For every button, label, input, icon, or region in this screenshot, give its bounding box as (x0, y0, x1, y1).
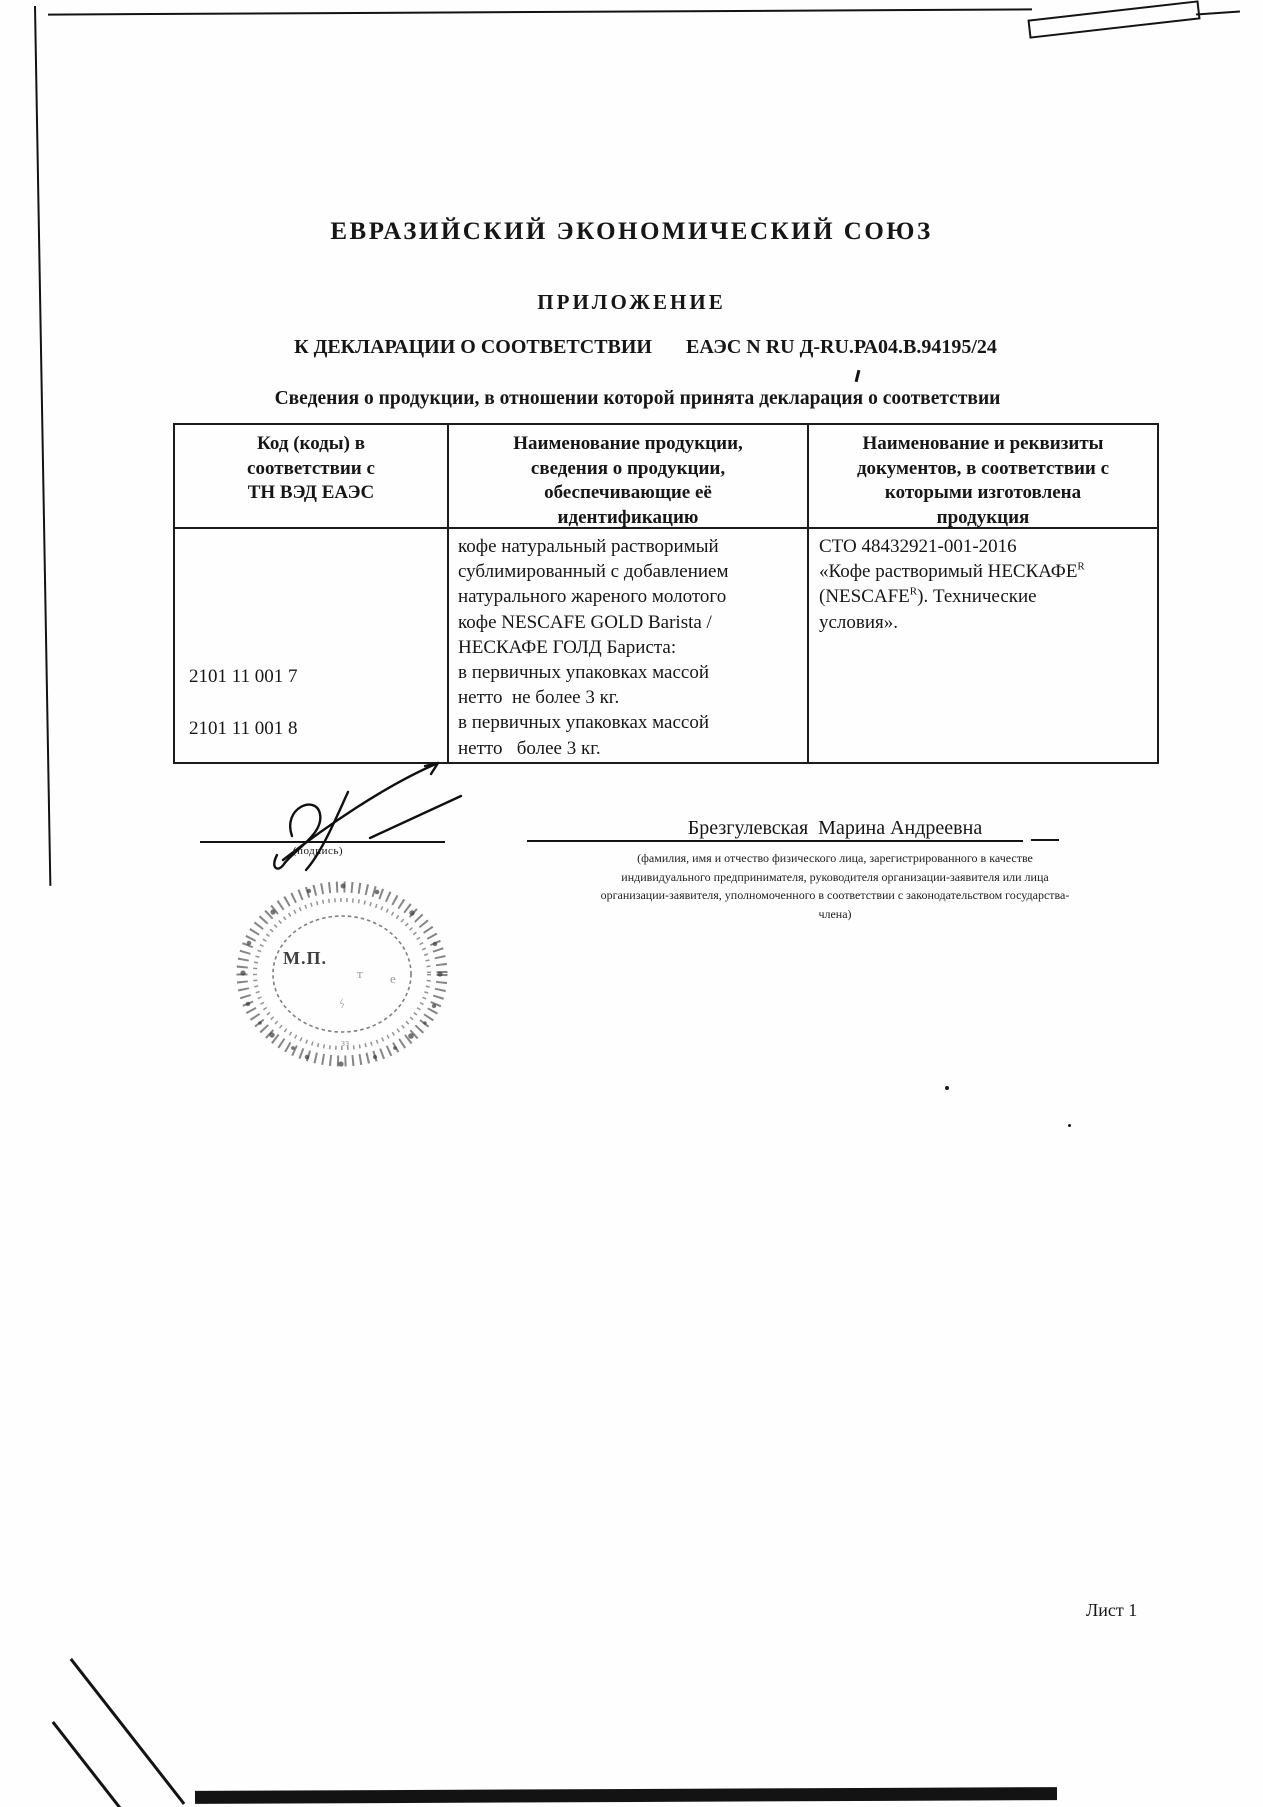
scan-artifact-top-line (48, 8, 1032, 15)
scan-dot (945, 1086, 949, 1090)
stamp-mp-label: М.П. (283, 948, 327, 969)
scan-artifact-top-right-corner (1027, 0, 1200, 38)
appendix-title: ПРИЛОЖЕНИЕ (0, 290, 1263, 315)
docs-line-2: «Кофе растворимый НЕСКАФЕR (819, 559, 1157, 584)
declarant-note: (фамилия, имя и отчество физического лиц… (535, 849, 1135, 923)
products-caption: Сведения о продукции, в отношении которо… (6, 388, 1263, 410)
product-description-cell: кофе натуральный растворимый сублимирова… (449, 529, 807, 762)
tnved-code-1: 2101 11 001 7 (189, 664, 298, 689)
products-table: Код (коды) в соответствии с ТН ВЭД ЕАЭС … (173, 423, 1159, 764)
col-header-code: Код (коды) в соответствии с ТН ВЭД ЕАЭС (175, 425, 447, 527)
name-underline-dash (1031, 839, 1059, 841)
stamp-mark: т (357, 966, 363, 982)
docs-cell: СТО 48432921-001-2016 «Кофе растворимый … (809, 529, 1157, 762)
name-underline (527, 840, 1023, 842)
declaration-number: ЕАЭС N RU Д-RU.РА04.В.94195/24 (686, 336, 997, 359)
union-title: ЕВРАЗИЙСКИЙ ЭКОНОМИЧЕСКИЙ СОЮЗ (0, 218, 1263, 246)
declaration-heading: К ДЕКЛАРАЦИИ О СООТВЕТСТВИИ ЕАЭС N RU Д-… (14, 336, 1263, 359)
registered-mark: R (1077, 561, 1084, 573)
docs-line-4: условия». (819, 610, 1157, 635)
scan-artifact-tick (855, 370, 861, 382)
stamp-mark: зз (341, 1038, 349, 1049)
scan-artifact-bottom-bar (195, 1787, 1057, 1804)
code-cell: 2101 11 001 7 2101 11 001 8 (175, 529, 447, 762)
tnved-code-2: 2101 11 001 8 (189, 716, 298, 741)
declarant-name: Брезгулевская Марина Андреевна (535, 817, 1135, 840)
scan-artifact-left-line (34, 6, 51, 886)
official-stamp: М.П. т е зз ϟ (235, 878, 450, 1070)
col-header-product: Наименование продукции, сведения о проду… (449, 425, 807, 527)
declaration-label: К ДЕКЛАРАЦИИ О СООТВЕТСТВИИ (294, 336, 652, 359)
docs-line-1: СТО 48432921-001-2016 (819, 534, 1157, 559)
scan-artifact-top-right-line (1196, 10, 1240, 15)
scan-artifact-bottom-left-diagonal2 (52, 1721, 123, 1807)
stamp-mark: е (390, 971, 396, 987)
col-header-docs: Наименование и реквизиты документов, в с… (809, 425, 1157, 527)
scan-dot (1068, 1124, 1071, 1127)
scan-artifact-bottom-left-diagonal (70, 1658, 185, 1805)
signature-caption: (подпись) (268, 845, 368, 857)
scanned-declaration-page: ЕВРАЗИЙСКИЙ ЭКОНОМИЧЕСКИЙ СОЮЗ ПРИЛОЖЕНИ… (0, 0, 1263, 1807)
docs-line-3: (NESCAFER). Технические (819, 584, 1157, 609)
sheet-number: Лист 1 (1086, 1600, 1137, 1621)
